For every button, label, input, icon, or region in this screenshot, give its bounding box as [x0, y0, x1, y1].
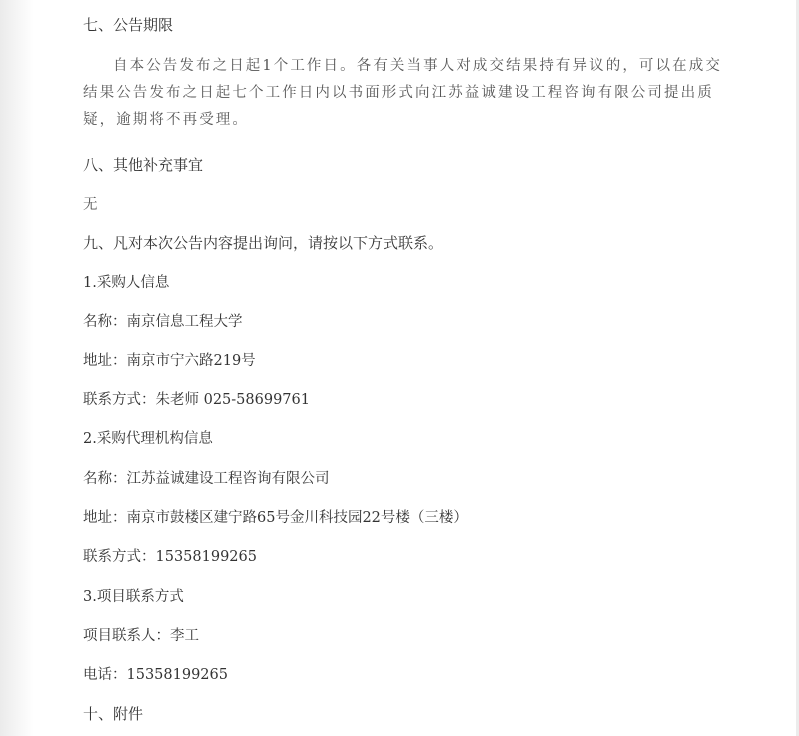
purchaser-name: 名称：南京信息工程大学 [83, 312, 243, 332]
project-contact-title: 3.项目联系方式 [83, 587, 184, 607]
purchaser-contact: 联系方式：朱老师 025-58699761 [83, 390, 310, 410]
section-8-body: 无 [83, 195, 98, 215]
project-contact-person: 项目联系人：李工 [83, 626, 199, 646]
section-9-heading: 九、凡对本次公告内容提出询问，请按以下方式联系。 [83, 233, 443, 253]
agency-info-title: 2.采购代理机构信息 [83, 429, 213, 449]
purchaser-info-title: 1.采购人信息 [83, 273, 169, 293]
page-left-shadow [0, 0, 34, 736]
agency-contact: 联系方式：15358199265 [83, 547, 257, 567]
agency-address: 地址：南京市鼓楼区建宁路65号金川科技园22号楼（三楼） [83, 508, 468, 528]
agency-name: 名称：江苏益诚建设工程咨询有限公司 [83, 469, 330, 489]
project-contact-phone: 电话：15358199265 [83, 665, 228, 685]
section-7-body: 自本公告发布之日起1个工作日。各有关当事人对成交结果持有异议的，可以在成交结果公… [83, 53, 733, 134]
section-10-heading: 十、附件 [83, 704, 143, 724]
section-7-heading: 七、公告期限 [83, 15, 173, 35]
purchaser-address: 地址：南京市宁六路219号 [83, 351, 256, 371]
section-8-heading: 八、其他补充事宜 [83, 155, 203, 175]
